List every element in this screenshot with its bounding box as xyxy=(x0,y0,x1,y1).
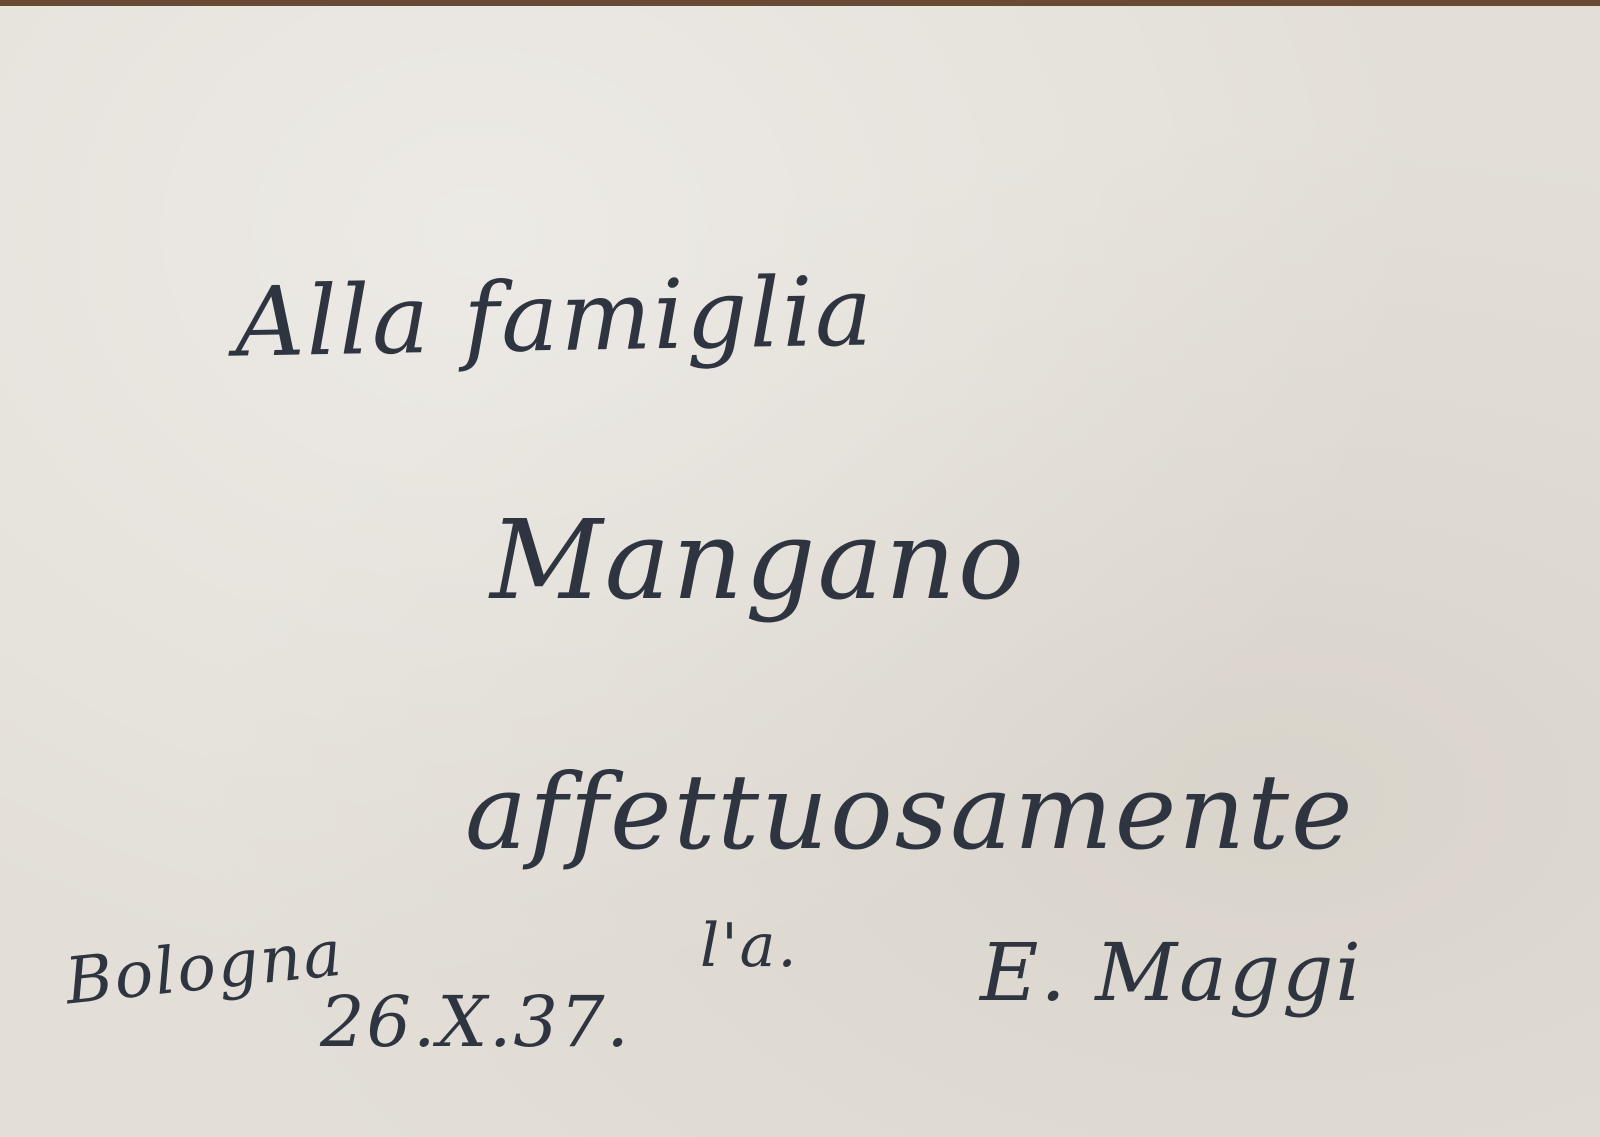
closing-word: affettuosamente xyxy=(465,751,1355,873)
signature: E. Maggi xyxy=(980,926,1363,1019)
signature-prefix: l'a. xyxy=(700,911,799,981)
family-name: Mangano xyxy=(490,496,1026,624)
date: 26.X.37. xyxy=(320,981,631,1063)
place-name: Bologna xyxy=(62,917,347,1020)
greeting-line: Alla famiglia xyxy=(234,255,875,378)
paper-card: Alla famiglia Mangano affettuosamente Bo… xyxy=(0,6,1600,1137)
